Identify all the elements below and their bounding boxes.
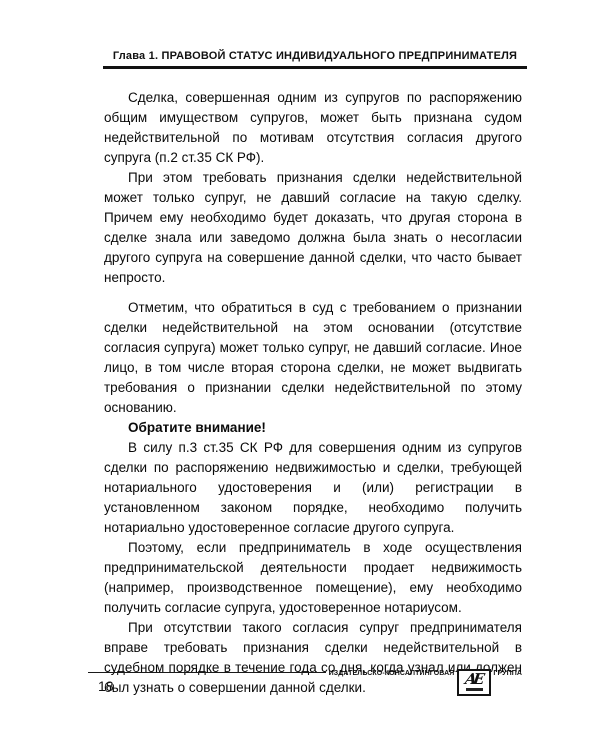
footer-rule (88, 672, 326, 673)
paragraph: При этом требовать признания сделки неде… (104, 168, 522, 288)
page-footer: ИЗДАТЕЛЬСКО-КОНСАЛТИНГОВАЯ АЕ ГРУППА 18 (88, 667, 522, 712)
book-page: Глава 1. ПРАВОВОЙ СТАТУС ИНДИВИДУАЛЬНОГО… (0, 0, 600, 750)
body-text: Сделка, совершенная одним из супругов по… (104, 88, 522, 698)
chapter-header: Глава 1. ПРАВОВОЙ СТАТУС ИНДИВИДУАЛЬНОГО… (103, 50, 527, 69)
publisher-logo: АЕ (457, 669, 491, 696)
paragraph: Поэтому, если предприниматель в ходе осу… (104, 538, 522, 618)
paragraph: Отметим, что обратиться в суд с требован… (104, 298, 522, 418)
page-number: 18 (98, 678, 114, 694)
publisher-name-left: ИЗДАТЕЛЬСКО-КОНСАЛТИНГОВАЯ (329, 670, 455, 678)
paragraph: Сделка, совершенная одним из супругов по… (104, 88, 522, 168)
footer-row: ИЗДАТЕЛЬСКО-КОНСАЛТИНГОВАЯ АЕ ГРУППА (88, 667, 522, 696)
publisher-logo-monogram-icon: АЕ (463, 671, 481, 687)
notice-heading: Обратите внимание! (104, 418, 522, 438)
publisher-name-right: ГРУППА (493, 670, 522, 678)
paragraph: В силу п.3 ст.35 СК РФ для совершения од… (104, 438, 522, 538)
logo-caption-microtext (466, 688, 483, 691)
chapter-title: Глава 1. ПРАВОВОЙ СТАТУС ИНДИВИДУАЛЬНОГО… (103, 50, 527, 66)
chapter-header-rule (103, 66, 527, 69)
